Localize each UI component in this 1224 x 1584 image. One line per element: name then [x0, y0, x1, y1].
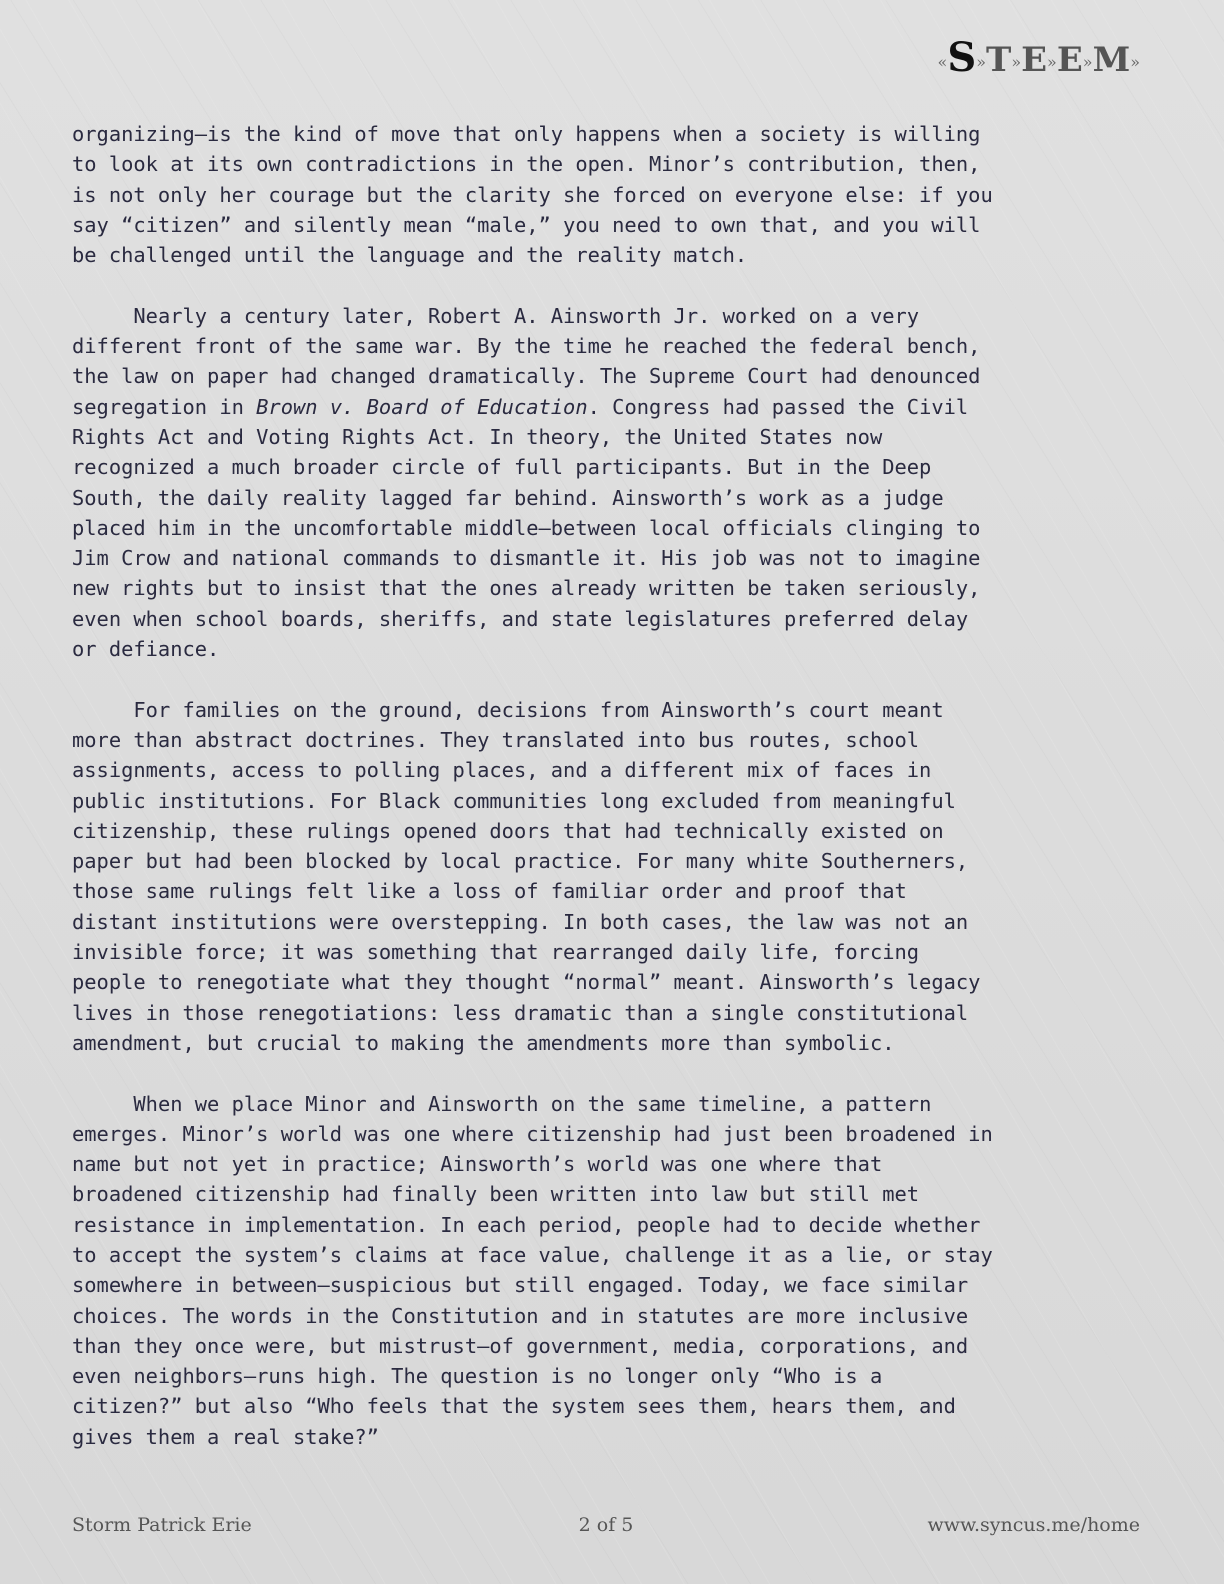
logo-letter: E — [1021, 40, 1047, 80]
logo-letter: E — [1057, 40, 1083, 80]
logo-arrow-icon: » — [1083, 53, 1093, 72]
page-indicator: 2 of 5 — [579, 1514, 634, 1536]
paragraph-2-after: . Congress had passed the Civil Rights A… — [72, 395, 980, 661]
case-title: Brown v. Board of Education — [256, 395, 587, 419]
logo-letter: M — [1093, 40, 1131, 80]
document-body: organizing—is the kind of move that only… — [72, 119, 1152, 1482]
paragraph-2: Nearly a century later, Robert A. Ainswo… — [72, 301, 1152, 665]
logo-arrow-icon: » — [1047, 53, 1057, 72]
paragraph-1: organizing—is the kind of move that only… — [72, 119, 1152, 270]
paragraph-4: When we place Minor and Ainsworth on the… — [72, 1089, 1152, 1453]
logo-arrow-icon: » — [976, 53, 986, 72]
logo-letter: T — [986, 40, 1011, 80]
logo-arrow-icon: « — [938, 53, 948, 72]
footer-author: Storm Patrick Erie — [72, 1514, 252, 1536]
paragraph-3: For families on the ground, decisions fr… — [72, 695, 1152, 1059]
footer-website-link[interactable]: www.syncus.me/home — [927, 1514, 1140, 1536]
logo-letter: S — [947, 34, 976, 81]
page-footer: Storm Patrick Erie 2 of 5 www.syncus.me/… — [72, 1514, 1140, 1544]
steem-logo: «S»T»E»E»M» — [938, 34, 1140, 81]
logo-arrow-icon: » — [1011, 53, 1021, 72]
logo-arrow-icon: » — [1130, 53, 1140, 72]
